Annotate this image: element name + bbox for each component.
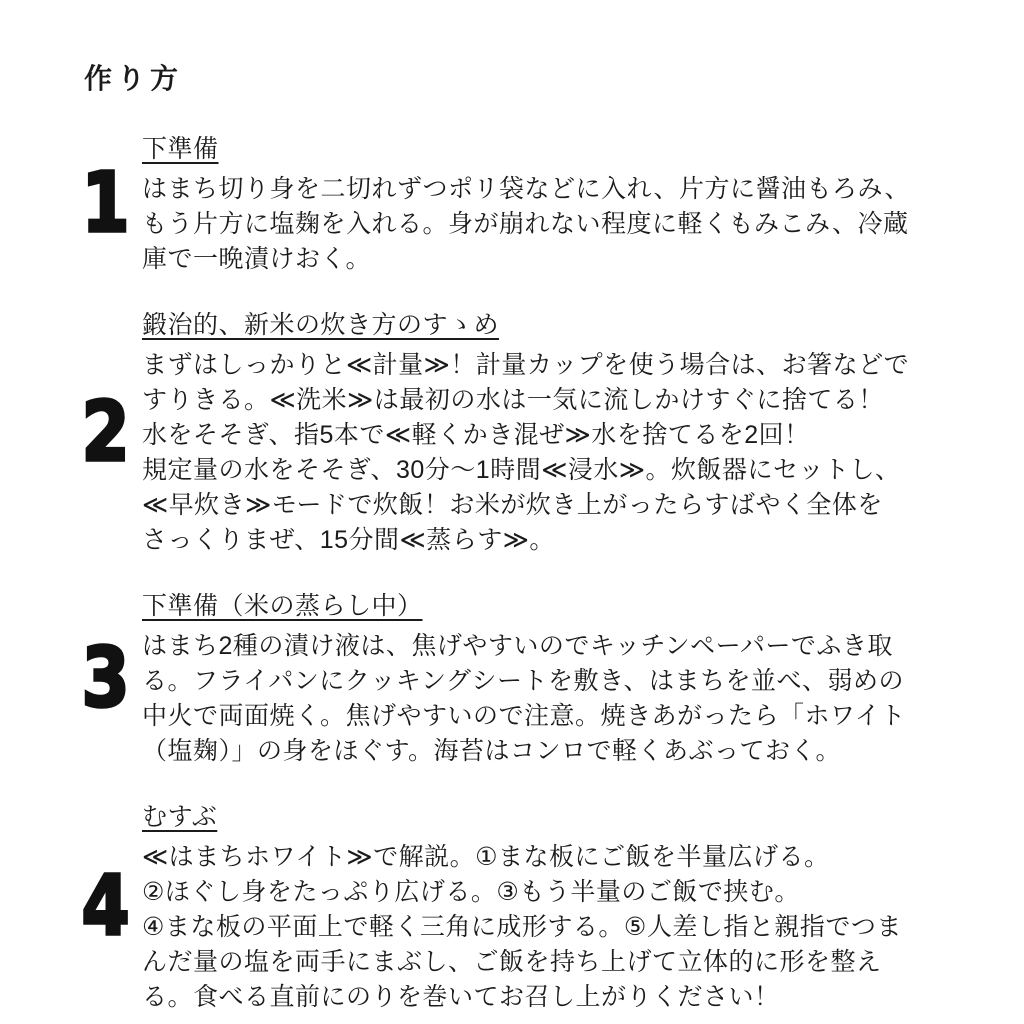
- step-1-content: 下準備 はまち切り身を二切れずつポリ袋などに入れ、片方に醤油もろみ、 もう片方に…: [142, 132, 988, 277]
- step-3-content: 下準備（米の蒸らし中） はまち2種の漬け液は、焦げやすいのでキッチンペーパーでふ…: [142, 589, 988, 769]
- steps-list: 1 下準備 はまち切り身を二切れずつポリ袋などに入れ、片方に醤油もろみ、 もう片…: [70, 132, 988, 1015]
- step-4-body: ≪はまちホワイト≫で解説。①まな板にご飯を半量広げる。 ②ほぐし身をたっぷり広げ…: [142, 840, 988, 1015]
- step-4-content: むすぶ ≪はまちホワイト≫で解説。①まな板にご飯を半量広げる。 ②ほぐし身をたっ…: [142, 800, 988, 1015]
- step-4: 4 むすぶ ≪はまちホワイト≫で解説。①まな板にご飯を半量広げる。 ②ほぐし身を…: [70, 800, 988, 1015]
- step-2-number: 2: [82, 392, 130, 474]
- step-3-heading: 下準備（米の蒸らし中）: [142, 589, 988, 624]
- step-2-content: 鍛治的、新米の炊き方のすゝめ まずはしっかりと≪計量≫！計量カップを使う場合は、…: [142, 308, 988, 558]
- step-2: 2 鍛治的、新米の炊き方のすゝめ まずはしっかりと≪計量≫！計量カップを使う場合…: [70, 308, 988, 558]
- step-4-heading: むすぶ: [142, 800, 988, 835]
- step-1-body: はまち切り身を二切れずつポリ袋などに入れ、片方に醤油もろみ、 もう片方に塩麹を入…: [142, 172, 988, 277]
- step-2-body: まずはしっかりと≪計量≫！計量カップを使う場合は、お箸などで すりきる。≪洗米≫…: [142, 348, 988, 558]
- recipe-instructions-page: 作り方 1 下準備 はまち切り身を二切れずつポリ袋などに入れ、片方に醤油もろみ、…: [0, 0, 1024, 1024]
- step-3-number-column: 3: [70, 589, 142, 769]
- step-3: 3 下準備（米の蒸らし中） はまち2種の漬け液は、焦げやすいのでキッチンペーパー…: [70, 589, 988, 769]
- step-3-body: はまち2種の漬け液は、焦げやすいのでキッチンペーパーでふき取 る。フライパンにク…: [142, 629, 988, 769]
- step-1-number: 1: [82, 163, 130, 245]
- step-2-heading: 鍛治的、新米の炊き方のすゝめ: [142, 308, 988, 343]
- page-title: 作り方: [84, 62, 988, 96]
- step-4-number-column: 4: [70, 800, 142, 1015]
- step-3-number: 3: [82, 638, 130, 720]
- step-1: 1 下準備 はまち切り身を二切れずつポリ袋などに入れ、片方に醤油もろみ、 もう片…: [70, 132, 988, 277]
- step-4-number: 4: [82, 866, 130, 948]
- step-1-number-column: 1: [70, 132, 142, 277]
- step-2-number-column: 2: [70, 308, 142, 558]
- step-1-heading: 下準備: [142, 132, 988, 167]
